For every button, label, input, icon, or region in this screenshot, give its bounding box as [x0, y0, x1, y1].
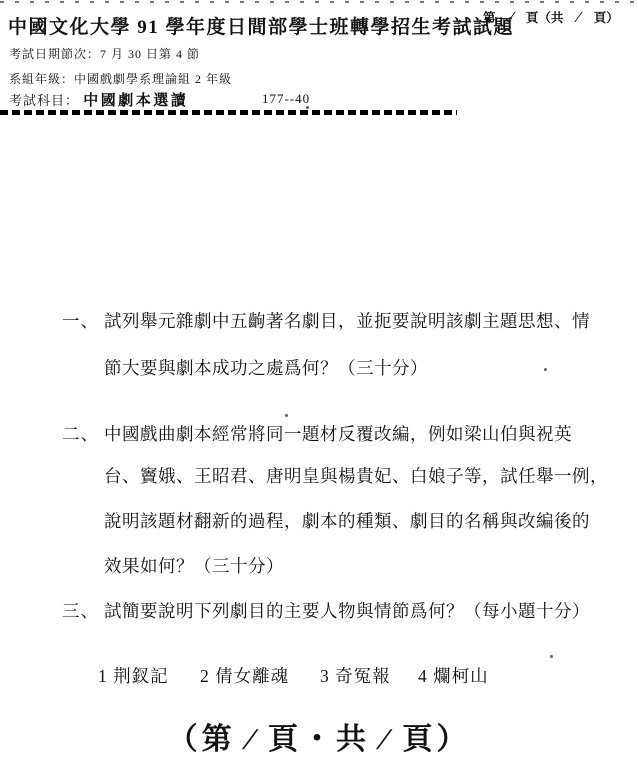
subject-line: 考試科目： 中國劇本選讀: [9, 89, 188, 110]
footer-prefix: （第: [168, 714, 236, 758]
sub-item-4: 4 爛柯山: [418, 663, 489, 688]
exam-paper-page: 中國文化大學 91 學年度日間部學士班轉學招生考試試題 第 / 頁（共 / 頁）…: [0, 0, 638, 765]
subject-code: 177--40: [262, 91, 310, 107]
scan-speck: [306, 106, 309, 109]
exam-title: 中國文化大學 91 學年度日間部學士班轉學招生考試試題: [8, 12, 514, 39]
question-2-line-3: 說明該題材翻新的過程，劇本的種類、劇目的名稱與改編後的: [104, 508, 590, 533]
question-1-line-2: 節大要與劇本成功之處爲何？（三十分）: [104, 355, 428, 380]
sub-item-3: 3 奇冤報: [320, 663, 391, 688]
sub-item-1: 1 荆釵記: [98, 663, 169, 688]
handwritten-page-number: /: [507, 9, 515, 27]
question-2-number: 二、: [62, 421, 99, 446]
question-3-line-1: 試簡要說明下列劇目的主要人物與情節爲何？（每小題十分）: [104, 598, 590, 623]
subject-label: 考試科目：: [9, 93, 79, 108]
department-line: 系組年級：中國戲劇學系理論組 2 年級: [9, 70, 232, 87]
handwritten-total-pages: /: [574, 9, 582, 27]
question-3-number: 三、: [62, 598, 99, 623]
question-1-line-1: 試列舉元雜劇中五齣著名劇目，並扼要說明該劇主題思想、情: [104, 308, 590, 333]
page-counter-footer: （第 / 頁・共 / 頁）: [168, 714, 471, 758]
scan-speck: [544, 368, 547, 371]
header-divider: [0, 110, 457, 115]
handwritten-total-pages-footer: /: [376, 723, 396, 757]
subject-name: 中國劇本選讀: [83, 93, 188, 109]
page-counter-middle: 頁（共: [526, 8, 564, 26]
question-1-number: 一、: [62, 308, 99, 333]
question-2-line-4: 效果如何？（三十分）: [104, 553, 284, 578]
page-counter-header: 第 / 頁（共 / 頁）: [483, 8, 619, 27]
sub-item-2: 2 倩女離魂: [200, 663, 289, 688]
page-counter-suffix: 頁）: [594, 8, 619, 26]
exam-date-line: 考試日期節次：7 月 30 日第 4 節: [9, 45, 200, 62]
question-2-line-2: 台、竇娥、王昭君、唐明皇與楊貴妃、白娘子等，試任舉一例，: [104, 463, 608, 488]
page-counter-prefix: 第: [483, 8, 496, 26]
scan-speck: [285, 414, 288, 417]
scan-edge-artifact: [0, 1, 638, 3]
footer-middle: 頁・共: [268, 714, 370, 758]
footer-suffix: 頁）: [402, 714, 470, 758]
scan-speck: [550, 655, 553, 658]
handwritten-page-number-footer: /: [242, 723, 262, 757]
question-2-line-1: 中國戲曲劇本經常將同一題材反覆改編，例如梁山伯與祝英: [104, 421, 572, 446]
